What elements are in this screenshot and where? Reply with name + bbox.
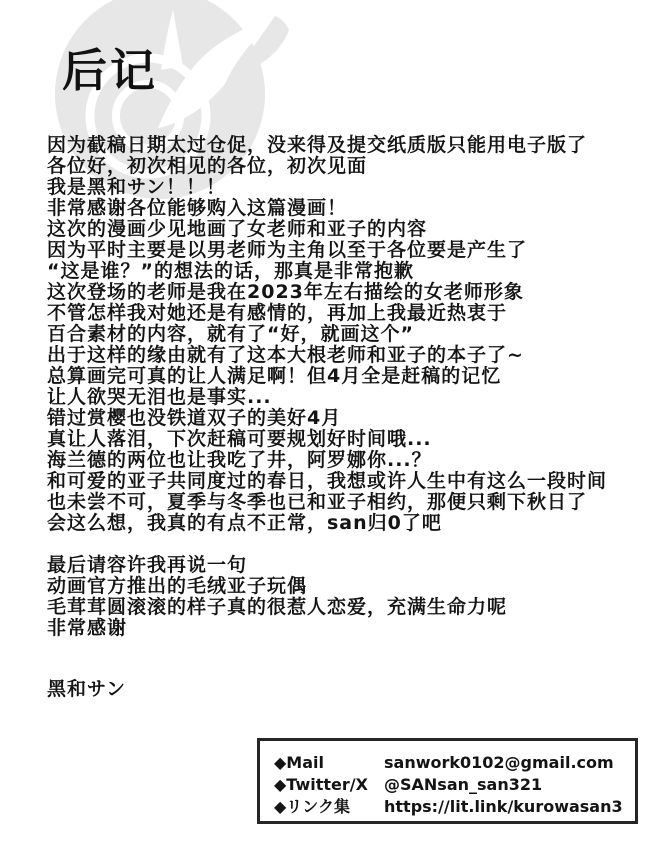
text-line: 这次登场的老师是我在2023年左右描绘的女老师形象 xyxy=(47,282,642,303)
contact-row: ◆Twitter/X@SANsan_san321 xyxy=(274,774,627,796)
text-line: 因为截稿日期太过仓促，没来得及提交纸质版只能用电子版了 xyxy=(47,135,642,156)
contact-label: ◆Mail xyxy=(274,752,384,774)
text-line: 百合素材的内容，就有了“好，就画这个” xyxy=(47,324,642,345)
text-line: 海兰德的两位也让我吃了井，阿罗娜你...？ xyxy=(47,450,642,471)
text-line: 非常感谢各位能够购入这篇漫画！ xyxy=(47,198,642,219)
contact-label: ◆Twitter/X xyxy=(274,774,384,796)
text-line: 动画官方推出的毛绒亚子玩偶 xyxy=(47,576,642,597)
text-line: 错过赏樱也没铁道双子的美好4月 xyxy=(47,408,642,429)
contact-box: ◆Mailsanwork0102@gmail.com◆Twitter/X@SAN… xyxy=(257,738,638,824)
contact-value: sanwork0102@gmail.com xyxy=(384,752,627,774)
afterword-page: 后记 因为截稿日期太过仓促，没来得及提交纸质版只能用电子版了各位好，初次相见的各… xyxy=(0,0,650,850)
text-line: 各位好，初次相见的各位，初次见面 xyxy=(47,156,642,177)
text-line: 我是黑和サン！！！ xyxy=(47,177,642,198)
text-line: 出于这样的缘由就有了这本大根老师和亚子的本子了~ xyxy=(47,345,642,366)
text-line: 真让人落泪，下次赶稿可要规划好时间哦... xyxy=(47,429,642,450)
signature: 黑和サン xyxy=(47,674,126,701)
contact-value: @SANsan_san321 xyxy=(384,774,627,796)
text-line: 最后请容许我再说一句 xyxy=(47,555,642,576)
logo-bird-right-wing xyxy=(233,16,289,76)
contact-label: ◆リンク集 xyxy=(274,796,384,818)
logo-bird-left-wing xyxy=(161,10,183,70)
text-line: 因为平时主要是以男老师为主角以至于各位要是产生了 xyxy=(47,240,642,261)
text-line: 和可爱的亚子共同度过的春日，我想或许人生中有这么一段时间 xyxy=(47,471,642,492)
text-line: “这是谁？”的想法的话，那真是非常抱歉 xyxy=(47,261,642,282)
text-line: 这次的漫画少见地画了女老师和亚子的内容 xyxy=(47,219,642,240)
text-line: 总算画完可真的让人满足啊！但4月全是赶稿的记忆 xyxy=(47,366,642,387)
text-line: 不管怎样我对她还是有感情的，再加上我最近热衷于 xyxy=(47,303,642,324)
text-line: 让人欲哭无泪也是事实... xyxy=(47,387,642,408)
logo-bird-body-streak xyxy=(158,18,275,128)
text-line: 毛茸茸圆滚滚的样子真的很惹人恋爱，充满生命力呢 xyxy=(47,597,642,618)
text-line xyxy=(47,534,642,555)
contact-row: ◆Mailsanwork0102@gmail.com xyxy=(274,752,627,774)
text-line: 也未尝不可，夏季与冬季也已和亚子相约，那便只剩下秋日了 xyxy=(47,492,642,513)
contact-value: https://lit.link/kurowasan3 xyxy=(384,796,627,818)
page-title: 后记 xyxy=(62,44,158,98)
contact-row: ◆リンク集https://lit.link/kurowasan3 xyxy=(274,796,627,818)
text-line: 非常感谢 xyxy=(47,618,642,639)
afterword-body: 因为截稿日期太过仓促，没来得及提交纸质版只能用电子版了各位好，初次相见的各位，初… xyxy=(47,135,642,639)
text-line: 会这么想，我真的有点不正常，san归0了吧 xyxy=(47,513,642,534)
